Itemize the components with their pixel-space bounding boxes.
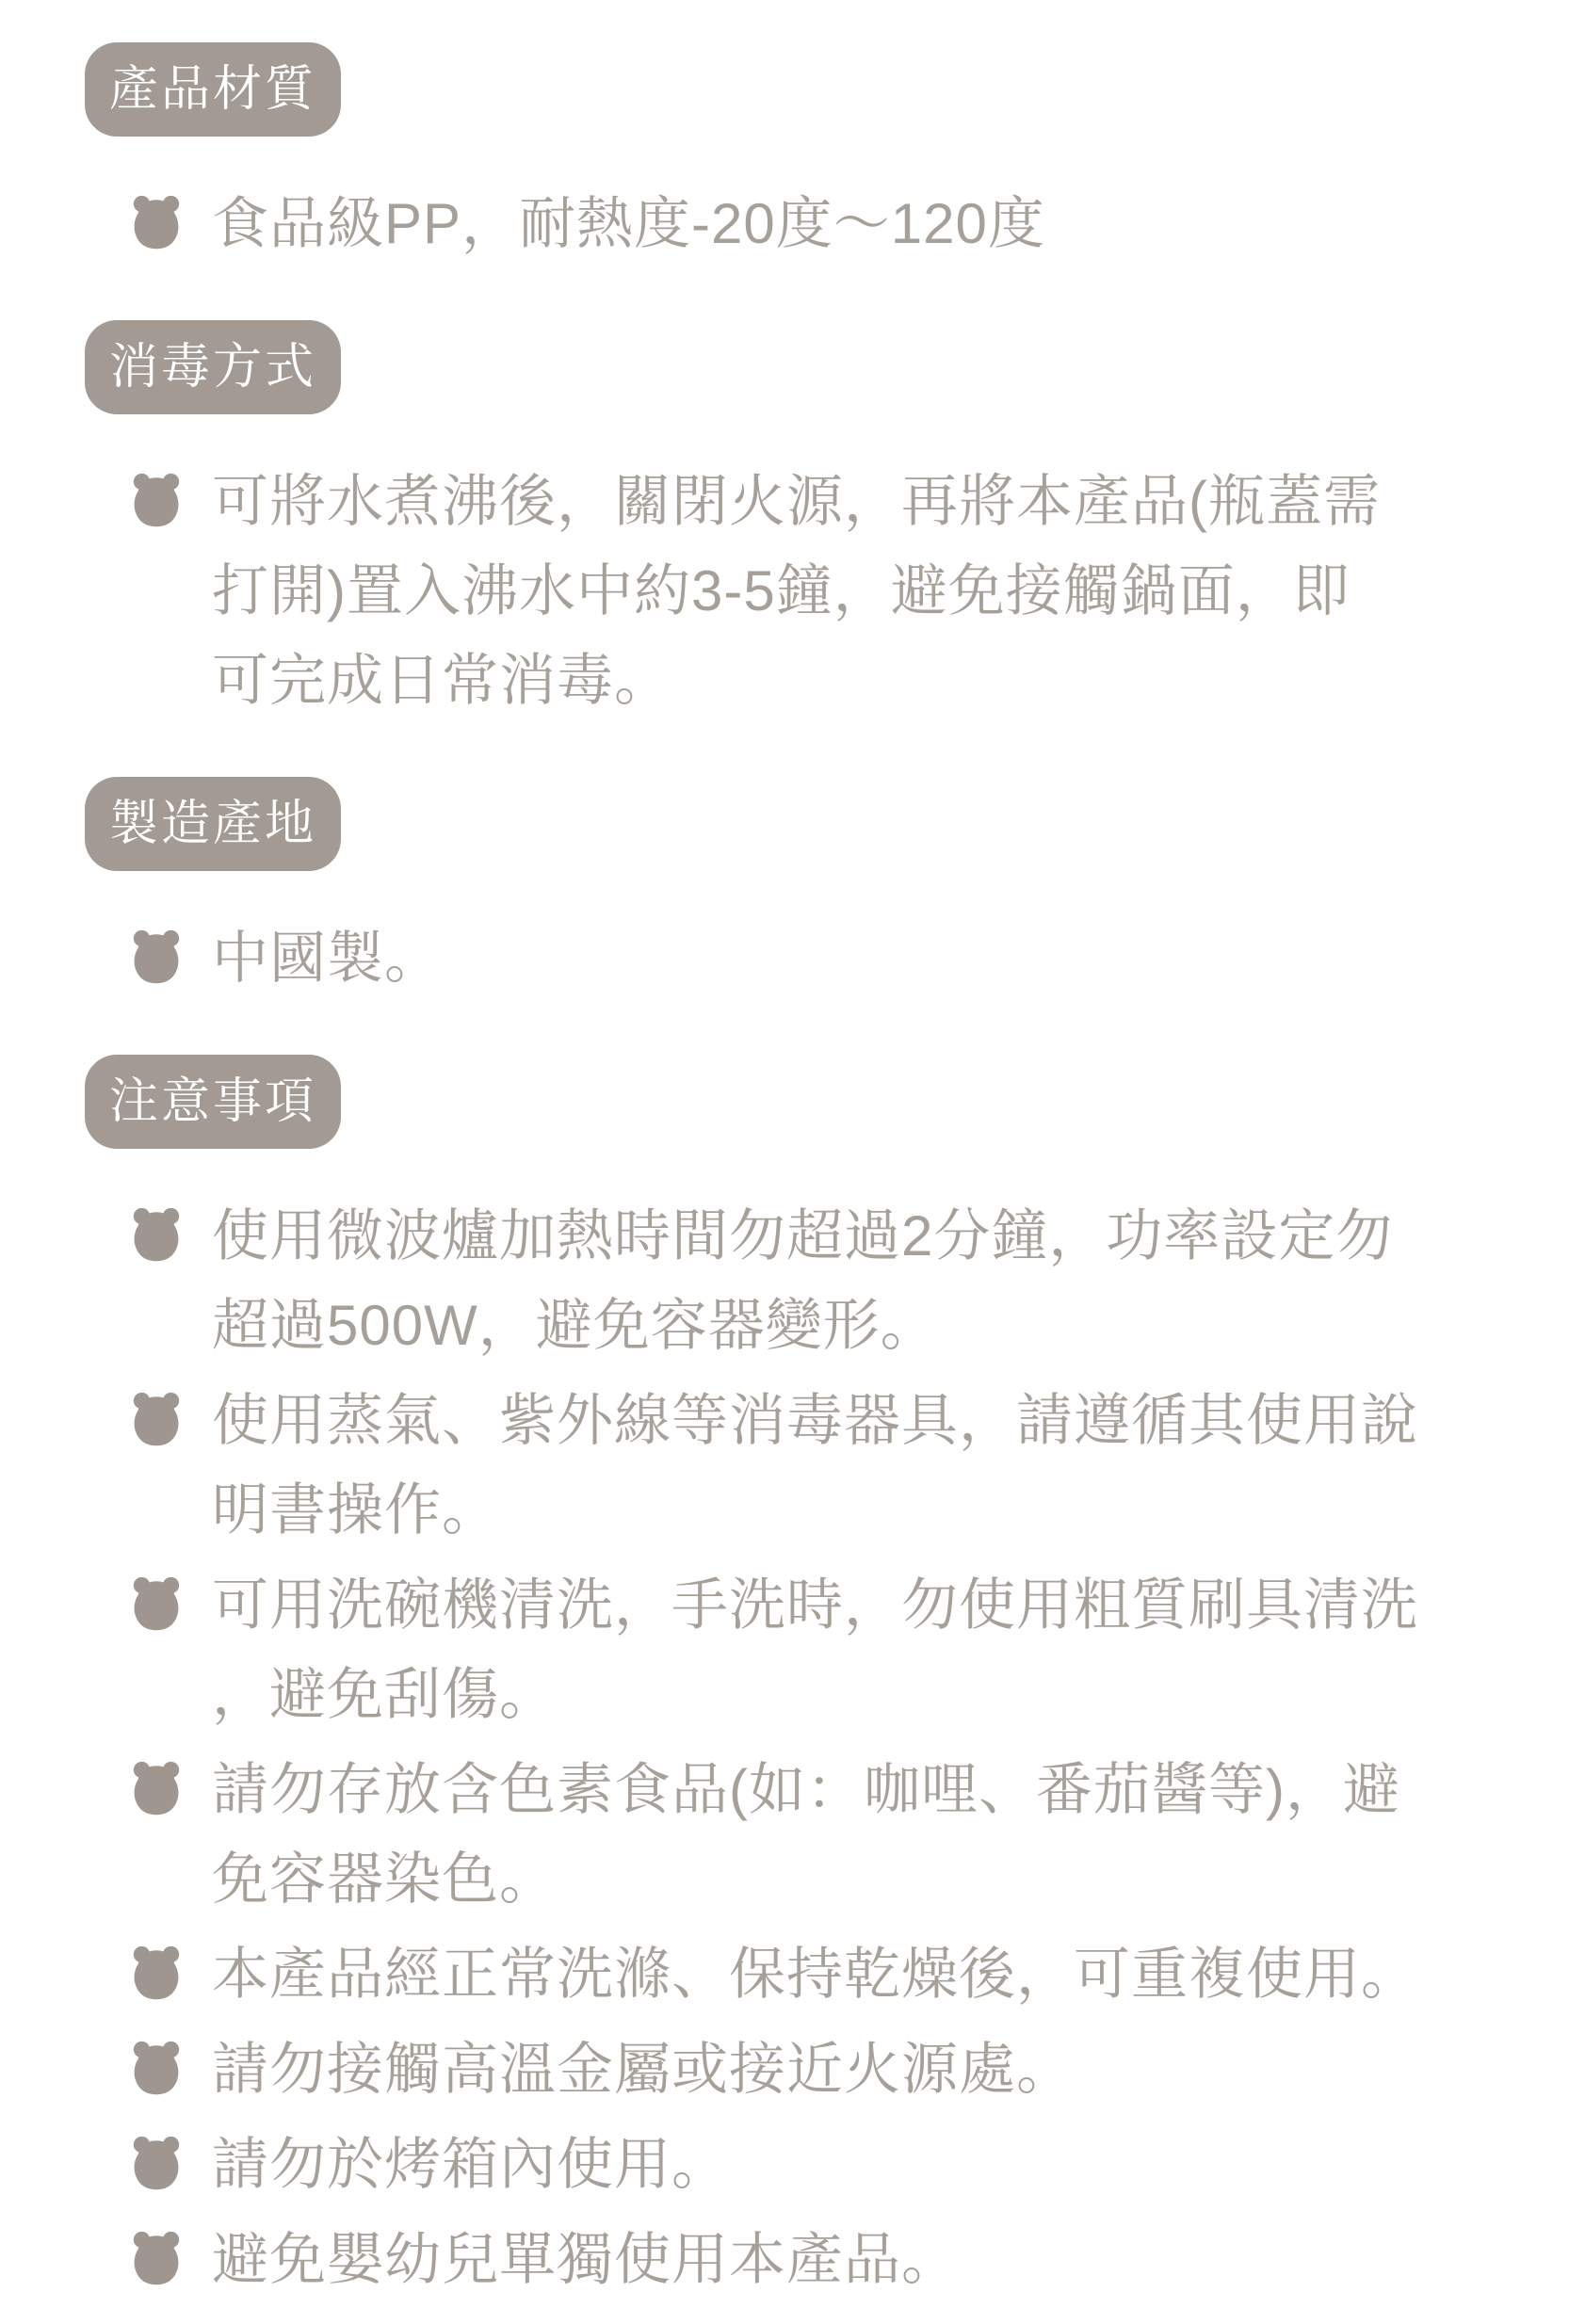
product-info-page: 產品材質 食品級PP，耐熱度-20度～120度 消毒方式 可將水煮沸後，關閉火源… <box>0 0 1569 2324</box>
bear-face-icon <box>127 1760 186 1818</box>
section-title-badge: 製造產地 <box>85 777 341 871</box>
list-item: 使用微波爐加熱時間勿超過2分鐘，功率設定勿 超過500W，避免容器變形。 <box>85 1191 1569 1370</box>
bear-face-icon <box>127 1206 186 1265</box>
bear-face-icon <box>127 2135 186 2193</box>
section-items: 中國製。 <box>85 913 1569 1003</box>
list-item: 本產品經正常洗滌、保持乾燥後，可重複使用。 <box>85 1929 1569 2019</box>
list-item-text: 使用蒸氣、紫外線等消毒器具，請遵循其使用說 明書操作。 <box>212 1376 1474 1555</box>
list-item-text: 可用洗碗機清洗，手洗時，勿使用粗質刷具清洗 ，避免刮傷。 <box>212 1560 1474 1739</box>
list-item: 請勿存放含色素食品(如：咖哩、番茄醬等)，避 免容器染色。 <box>85 1745 1569 1924</box>
list-item-text: 請勿於烤箱內使用。 <box>212 2120 1474 2209</box>
list-item: 可將水煮沸後，關閉火源，再將本產品(瓶蓋需 打開)置入沸水中約3-5鐘，避免接觸… <box>85 457 1569 725</box>
info-section: 注意事項 使用微波爐加熱時間勿超過2分鐘，功率設定勿 超過500W，避免容器變形… <box>85 1055 1569 2304</box>
list-item-text: 本產品經正常洗滌、保持乾燥後，可重複使用。 <box>212 1929 1474 2019</box>
bear-face-icon <box>127 928 186 987</box>
list-item-text: 食品級PP，耐熱度-20度～120度 <box>212 179 1474 268</box>
list-item: 避免嬰幼兒單獨使用本產品。 <box>85 2215 1569 2304</box>
list-item-text: 可將水煮沸後，關閉火源，再將本產品(瓶蓋需 打開)置入沸水中約3-5鐘，避免接觸… <box>212 457 1474 725</box>
sections-container: 產品材質 食品級PP，耐熱度-20度～120度 消毒方式 可將水煮沸後，關閉火源… <box>85 42 1569 2304</box>
section-items: 可將水煮沸後，關閉火源，再將本產品(瓶蓋需 打開)置入沸水中約3-5鐘，避免接觸… <box>85 457 1569 725</box>
bear-face-icon <box>127 2040 186 2098</box>
bear-face-icon <box>127 1945 186 2003</box>
list-item: 使用蒸氣、紫外線等消毒器具，請遵循其使用說 明書操作。 <box>85 1376 1569 1555</box>
bear-face-icon <box>127 1391 186 1449</box>
list-item: 中國製。 <box>85 913 1569 1003</box>
bear-face-icon <box>127 2230 186 2288</box>
list-item-text: 請勿存放含色素食品(如：咖哩、番茄醬等)，避 免容器染色。 <box>212 1745 1474 1924</box>
list-item-text: 中國製。 <box>212 913 1474 1003</box>
list-item-text: 使用微波爐加熱時間勿超過2分鐘，功率設定勿 超過500W，避免容器變形。 <box>212 1191 1474 1370</box>
section-items: 食品級PP，耐熱度-20度～120度 <box>85 179 1569 268</box>
bear-face-icon <box>127 472 186 530</box>
list-item: 可用洗碗機清洗，手洗時，勿使用粗質刷具清洗 ，避免刮傷。 <box>85 1560 1569 1739</box>
section-title-badge: 注意事項 <box>85 1055 341 1149</box>
section-items: 使用微波爐加熱時間勿超過2分鐘，功率設定勿 超過500W，避免容器變形。 使用蒸… <box>85 1191 1569 2304</box>
section-title-badge: 產品材質 <box>85 42 341 137</box>
section-title-badge: 消毒方式 <box>85 320 341 414</box>
info-section: 製造產地 中國製。 <box>85 777 1569 1003</box>
list-item: 請勿於烤箱內使用。 <box>85 2120 1569 2209</box>
bear-face-icon <box>127 194 186 252</box>
list-item-text: 請勿接觸高溫金屬或接近火源處。 <box>212 2025 1474 2114</box>
list-item-text: 避免嬰幼兒單獨使用本產品。 <box>212 2215 1474 2304</box>
list-item: 請勿接觸高溫金屬或接近火源處。 <box>85 2025 1569 2114</box>
info-section: 消毒方式 可將水煮沸後，關閉火源，再將本產品(瓶蓋需 打開)置入沸水中約3-5鐘… <box>85 320 1569 725</box>
bear-face-icon <box>127 1575 186 1634</box>
info-section: 產品材質 食品級PP，耐熱度-20度～120度 <box>85 42 1569 268</box>
list-item: 食品級PP，耐熱度-20度～120度 <box>85 179 1569 268</box>
